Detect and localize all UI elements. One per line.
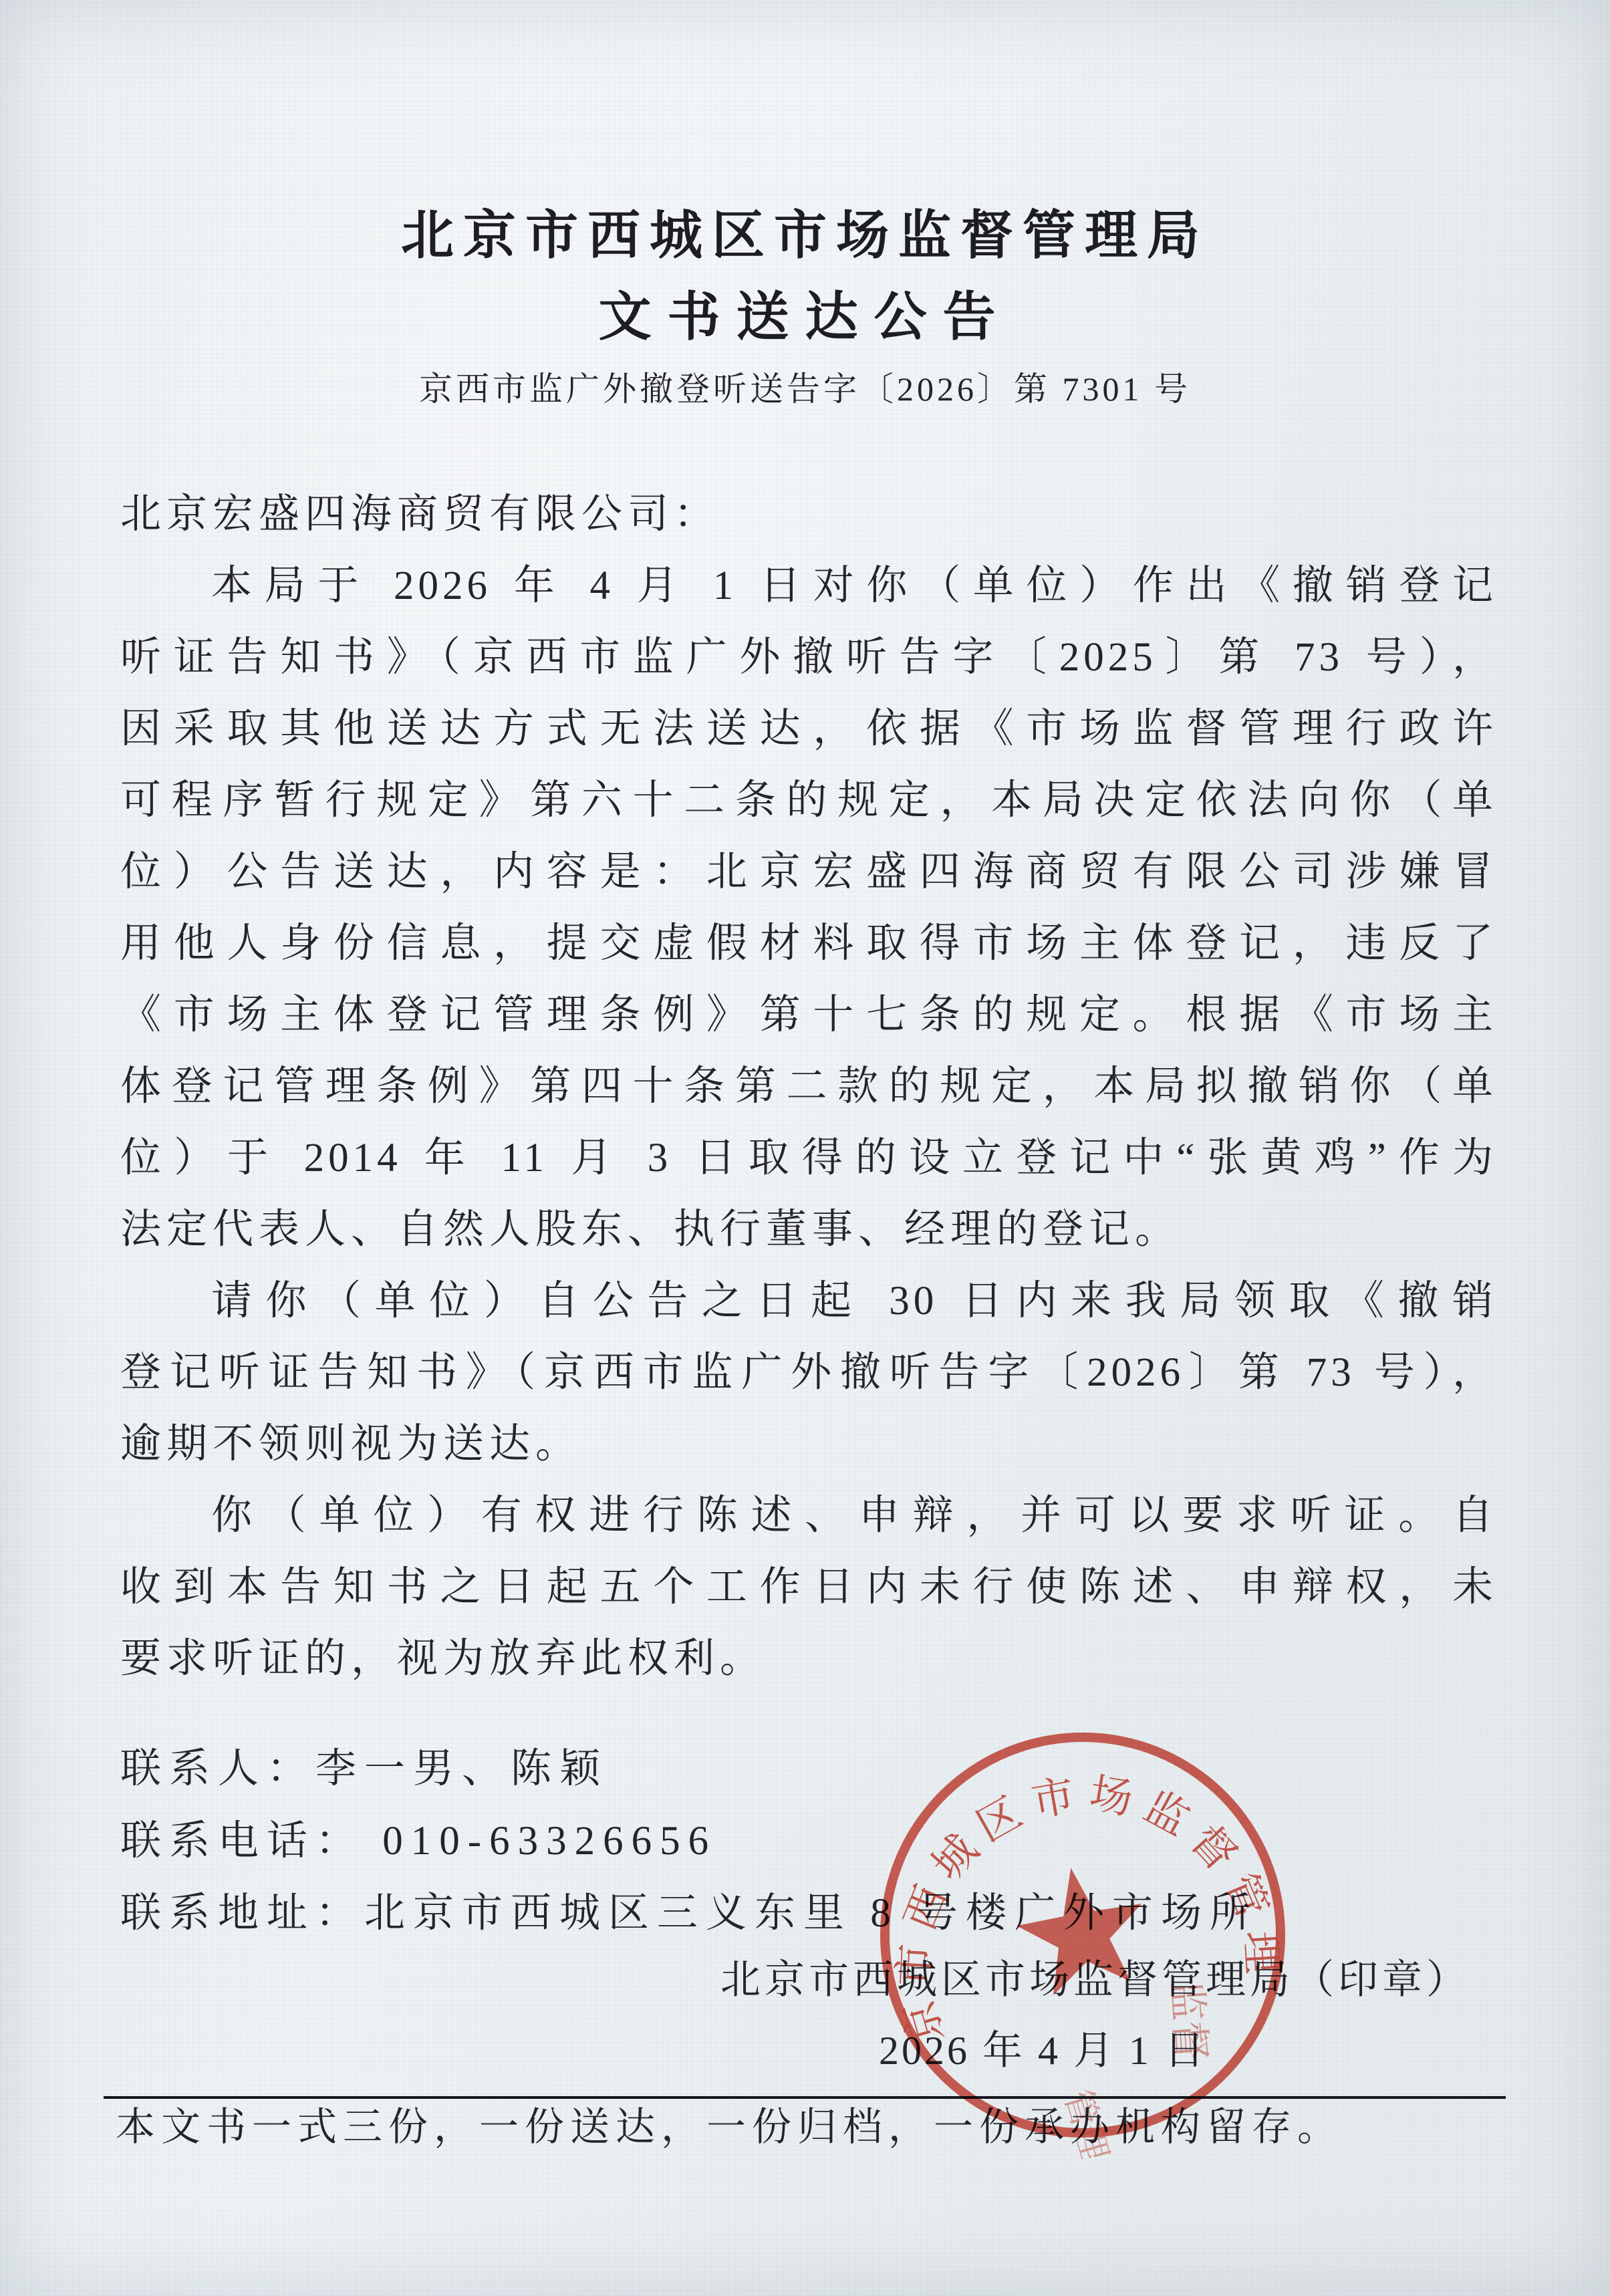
signature-date: 2026 年 4 月 1 日 [879, 2029, 1207, 2072]
signature-org: 北京市西城区市场监督管理局（印章） [120, 1958, 1470, 2001]
body-line: 要求听证的，视为放弃此权利。 [120, 1623, 1497, 1694]
footer-divider-line [104, 2096, 1506, 2099]
document-number: 京西市监广外撤登听送告字〔2026〕第 7301 号 [0, 362, 1610, 410]
body-line: 用他人身份信息，提交虚假材料取得市场主体登记，违反了 [120, 908, 1497, 979]
body-line: 《市场主体登记管理条例》第十七条的规定。根据《市场主 [120, 979, 1497, 1051]
document-body: 北京宏盛四海商贸有限公司：本局于 2026 年 4 月 1 日对你（单位）作出《… [120, 479, 1497, 1694]
body-line: 本局于 2026 年 4 月 1 日对你（单位）作出《撤销登记 [120, 550, 1497, 622]
contact-block: 联系人：李一男、陈颖联系电话： 010-63326656联系地址：北京市西城区三… [120, 1733, 1497, 1950]
body-line: 法定代表人、自然人股东、执行董事、经理的登记。 [120, 1194, 1497, 1265]
footer-note: 本文书一式三份，一份送达，一份归档，一份承办机构留存。 [116, 2103, 1519, 2151]
body-line: 请你（单位）自公告之日起 30 日内来我局领取《撤销 [120, 1265, 1497, 1337]
body-line: 位）于 2014 年 11 月 3 日取得的设立登记中“张黄鸡”作为 [120, 1122, 1497, 1194]
contact-line: 联系电话： 010-63326656 [120, 1805, 1497, 1878]
contact-line: 联系人：李一男、陈颖 [120, 1733, 1497, 1805]
document-title-org: 北京市西城区市场监督管理局 [0, 193, 1610, 269]
body-line: 收到本告知书之日起五个工作日内未行使陈述、申辩权，未 [120, 1551, 1497, 1623]
body-line: 北京宏盛四海商贸有限公司： [120, 479, 1497, 550]
document-title-type: 文书送达公告 [0, 274, 1610, 350]
body-line: 位）公告送达，内容是：北京宏盛四海商贸有限公司涉嫌冒 [120, 836, 1497, 908]
document-page: 北京市西城区市场监督管理局 文书送达公告 京西市监广外撤登听送告字〔2026〕第… [0, 0, 1610, 2296]
body-line: 逾期不领则视为送达。 [120, 1408, 1497, 1480]
body-line: 听证告知书》（京西市监广外撤听告字〔2025〕第 73 号）， [120, 622, 1497, 693]
body-line: 登记听证告知书》（京西市监广外撤听告字〔2026〕第 73 号）， [120, 1337, 1497, 1408]
contact-line: 联系地址：北京市西城区三义东里 8 号楼广外市场所 [120, 1878, 1497, 1950]
body-line: 你（单位）有权进行陈述、申辩，并可以要求听证。自 [120, 1480, 1497, 1551]
body-line: 可程序暂行规定》第六十二条的规定，本局决定依法向你（单 [120, 765, 1497, 836]
body-line: 因采取其他送达方式无法送达，依据《市场监督管理行政许 [120, 693, 1497, 765]
body-line: 体登记管理条例》第四十条第二款的规定，本局拟撤销你（单 [120, 1051, 1497, 1122]
